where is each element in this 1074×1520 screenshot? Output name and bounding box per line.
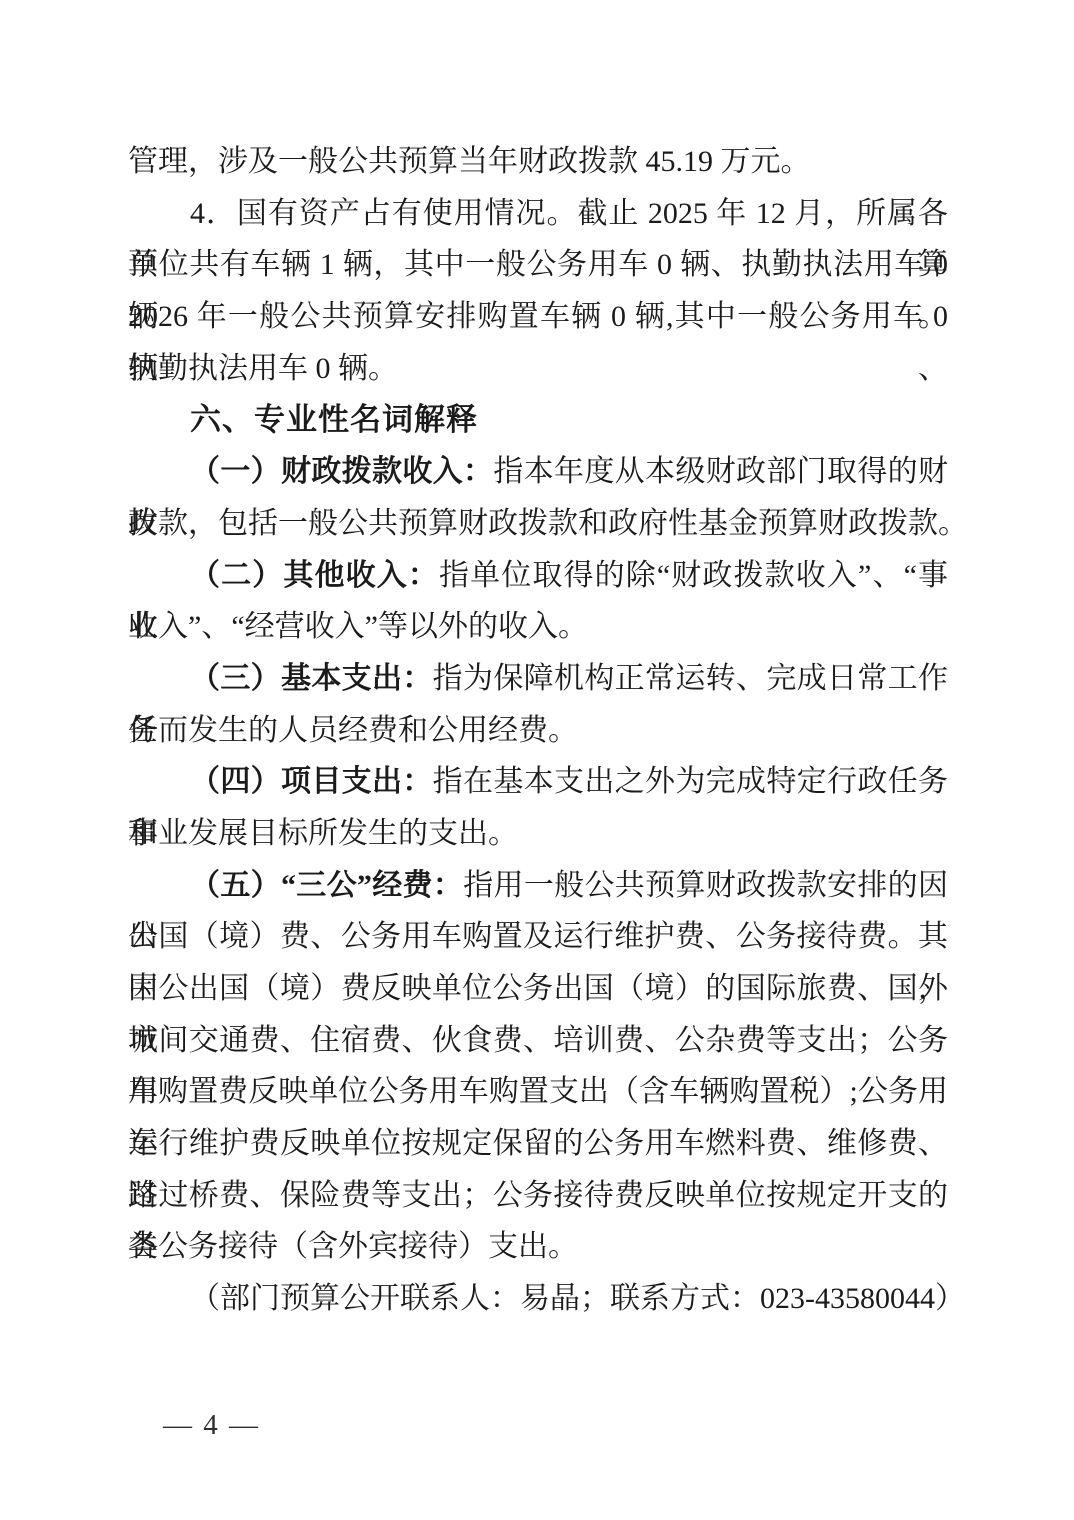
paragraph-continuation-line: 管理，涉及一般公共预算当年财政拨款 45.19 万元。 <box>128 136 948 188</box>
body-text: 务而发生的人员经费和公用经费。 <box>128 714 578 747</box>
section-heading-text: 六、专业性名词解释 <box>190 402 478 437</box>
definition-three-public-funds-line: 出国（境）费、公务用车购置及运行维护费、公务接待费。其中， <box>128 911 948 963</box>
definition-project-expenditure-line: （四）项目支出：指在基本支出之外为完成特定行政任务和 <box>128 756 948 808</box>
definition-fiscal-appropriation-line: （一）财政拨款收入：指本年度从本级财政部门取得的财政 <box>128 446 948 498</box>
definition-project-expenditure-line: 事业发展目标所发生的支出。 <box>128 808 948 860</box>
state-assets-paragraph-line: 单位共有车辆 1 辆，其中一般公务用车 0 辆、执勤执法用车 0 辆。 <box>128 239 948 291</box>
page-number: — 4 — <box>163 1402 260 1448</box>
term-label: （一）财政拨款收入： <box>190 455 493 488</box>
state-assets-paragraph-line: 4．国有资产占有使用情况。截止 2025 年 12 月，所属各预算 <box>128 188 948 240</box>
term-label: （二）其他收入： <box>190 559 439 592</box>
document-body: 管理，涉及一般公共预算当年财政拨款 45.19 万元。 4．国有资产占有使用情况… <box>128 136 948 1325</box>
definition-fiscal-appropriation-line: 拨款，包括一般公共预算财政拨款和政府性基金预算财政拨款。 <box>128 498 948 550</box>
contact-info-line: （部门预算公开联系人：易晶；联系方式：023-43580044） <box>128 1273 948 1325</box>
body-text: 管理，涉及一般公共预算当年财政拨款 45.19 万元。 <box>128 145 811 178</box>
definition-other-income-line: （二）其他收入：指单位取得的除“财政拨款收入”、“事业 <box>128 550 948 602</box>
term-label: （四）项目支出： <box>190 765 433 798</box>
contact-text: （部门预算公开联系人：易晶；联系方式：023-43580044） <box>190 1282 965 1315</box>
definition-three-public-funds-line: 运行维护费反映单位按规定保留的公务用车燃料费、维修费、过 <box>128 1118 948 1170</box>
definition-three-public-funds-line: 类公务接待（含外宾接待）支出。 <box>128 1221 948 1273</box>
definition-other-income-line: 收入”、“经营收入”等以外的收入。 <box>128 601 948 653</box>
document-page: 管理，涉及一般公共预算当年财政拨款 45.19 万元。 4．国有资产占有使用情况… <box>0 0 1074 1520</box>
definition-three-public-funds-line: 市间交通费、住宿费、伙食费、培训费、公杂费等支出；公务用 <box>128 1015 948 1067</box>
definition-three-public-funds-line: 因公出国（境）费反映单位公务出国（境）的国际旅费、国外城 <box>128 963 948 1015</box>
definition-three-public-funds-line: 车购置费反映单位公务用车购置支出（含车辆购置税）;公务用车 <box>128 1066 948 1118</box>
definition-basic-expenditure-line: （三）基本支出：指为保障机构正常运转、完成日常工作任 <box>128 653 948 705</box>
term-label: （三）基本支出： <box>190 662 433 695</box>
body-text: 收入”、“经营收入”等以外的收入。 <box>128 610 588 643</box>
body-text: 拨款，包括一般公共预算财政拨款和政府性基金预算财政拨款。 <box>128 507 968 540</box>
term-label: （五）“三公”经费： <box>190 869 463 902</box>
definition-basic-expenditure-line: 务而发生的人员经费和公用经费。 <box>128 705 948 757</box>
definition-three-public-funds-line: 路过桥费、保险费等支出；公务接待费反映单位按规定开支的各 <box>128 1170 948 1222</box>
definition-three-public-funds-line: （五）“三公”经费：指用一般公共预算财政拨款安排的因公 <box>128 860 948 912</box>
state-assets-paragraph-line: 2026 年一般公共预算安排购置车辆 0 辆,其中一般公务用车 0 辆、 <box>128 291 948 343</box>
body-text: 类公务接待（含外宾接待）支出。 <box>128 1230 578 1263</box>
body-text: 执勤执法用车 0 辆。 <box>128 352 398 385</box>
section-heading: 六、专业性名词解释 <box>128 394 948 446</box>
body-text: 事业发展目标所发生的支出。 <box>128 817 518 850</box>
